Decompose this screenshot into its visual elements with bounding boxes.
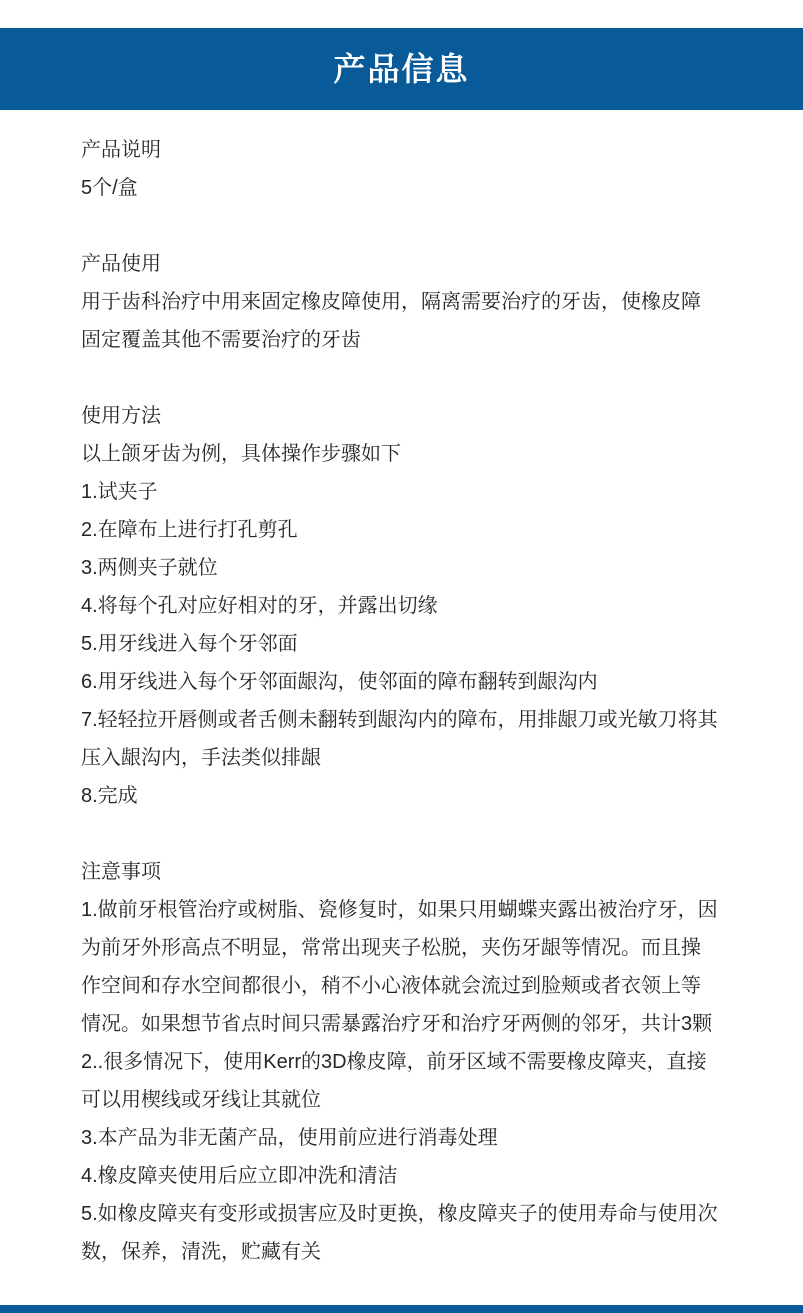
page-header: 产品信息	[0, 28, 803, 110]
content-section: 注意事项 1.做前牙根管治疗或树脂、瓷修复时，如果只用蝴蝶夹露出被治疗牙，因为前…	[81, 853, 743, 1271]
text-line: 4.橡皮障夹使用后应立即冲洗和清洁	[81, 1157, 743, 1195]
text-line: 5.用牙线进入每个牙邻面	[81, 625, 743, 663]
text-line: 2.在障布上进行打孔剪孔	[81, 511, 743, 549]
text-line: 5个/盒	[81, 169, 743, 207]
text-line: 2..很多情况下，使用Kerr的3D橡皮障，前牙区域不需要橡皮障夹，直接	[81, 1043, 743, 1081]
text-line: 8.完成	[81, 777, 743, 815]
text-line: 情况。如果想节省点时间只需暴露治疗牙和治疗牙两侧的邻牙，共计3颗	[81, 1005, 743, 1043]
text-line: 3.两侧夹子就位	[81, 549, 743, 587]
text-line: 1.做前牙根管治疗或树脂、瓷修复时，如果只用蝴蝶夹露出被治疗牙，因	[81, 891, 743, 929]
section-heading: 注意事项	[81, 853, 743, 891]
text-line: 可以用楔线或牙线让其就位	[81, 1081, 743, 1119]
product-info-page: 产品信息 产品说明 5个/盒 产品使用 用于齿科治疗中用来固定橡皮障使用，隔离需…	[0, 0, 803, 1313]
text-line: 1.试夹子	[81, 473, 743, 511]
text-line: 5.如橡皮障夹有变形或损害应及时更换，橡皮障夹子的使用寿命与使用次	[81, 1195, 743, 1233]
section-heading: 产品说明	[81, 131, 743, 169]
text-line: 压入龈沟内，手法类似排龈	[81, 739, 743, 777]
content-section: 产品说明 5个/盒	[81, 131, 743, 207]
section-heading: 产品使用	[81, 245, 743, 283]
text-line: 6.用牙线进入每个牙邻面龈沟，使邻面的障布翻转到龈沟内	[81, 663, 743, 701]
page-title: 产品信息	[0, 28, 803, 110]
text-line: 数，保养，清洗，贮藏有关	[81, 1233, 743, 1271]
content-section: 使用方法 以上颌牙齿为例，具体操作步骤如下1.试夹子2.在障布上进行打孔剪孔3.…	[81, 397, 743, 815]
text-line: 作空间和存水空间都很小，稍不小心液体就会流过到脸颊或者衣领上等	[81, 967, 743, 1005]
text-line: 为前牙外形高点不明显，常常出现夹子松脱，夹伤牙龈等情况。而且操	[81, 929, 743, 967]
text-line: 固定覆盖其他不需要治疗的牙齿	[81, 321, 743, 359]
text-line: 3.本产品为非无菌产品，使用前应进行消毒处理	[81, 1119, 743, 1157]
section-heading: 使用方法	[81, 397, 743, 435]
text-line: 以上颌牙齿为例，具体操作步骤如下	[81, 435, 743, 473]
text-line: 7.轻轻拉开唇侧或者舌侧未翻转到龈沟内的障布，用排龈刀或光敏刀将其	[81, 701, 743, 739]
text-line: 用于齿科治疗中用来固定橡皮障使用，隔离需要治疗的牙齿，使橡皮障	[81, 283, 743, 321]
content: 产品说明 5个/盒 产品使用 用于齿科治疗中用来固定橡皮障使用，隔离需要治疗的牙…	[0, 110, 803, 1271]
footer-bar	[0, 1305, 803, 1313]
text-line: 4.将每个孔对应好相对的牙，并露出切缘	[81, 587, 743, 625]
content-section: 产品使用 用于齿科治疗中用来固定橡皮障使用，隔离需要治疗的牙齿，使橡皮障固定覆盖…	[81, 245, 743, 359]
